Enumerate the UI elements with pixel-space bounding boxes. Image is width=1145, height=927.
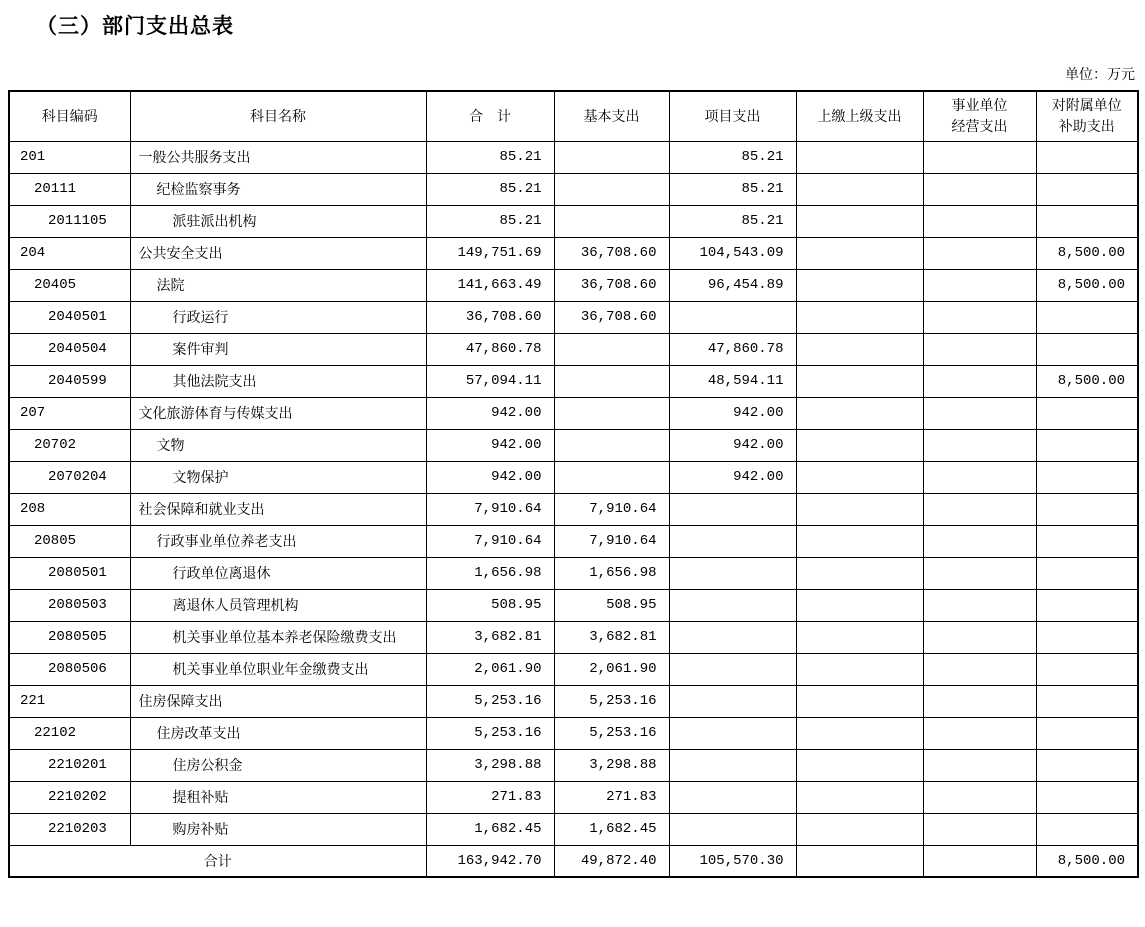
amount-cell-subsidy [1036,301,1138,333]
amount-cell-total: 942.00 [426,397,554,429]
amount-cell-upper [796,621,923,653]
amount-cell-project: 942.00 [669,397,796,429]
subject-code-cell: 20111 [9,173,130,205]
subject-name-cell: 住房公积金 [130,749,426,781]
amount-cell-total: 942.00 [426,461,554,493]
table-row: 2080506机关事业单位职业年金缴费支出2,061.902,061.90 [9,653,1138,685]
amount-cell-basic [554,173,669,205]
grand-total-cell-project: 105,570.30 [669,845,796,877]
amount-cell-total: 5,253.16 [426,717,554,749]
amount-cell-operating [923,621,1036,653]
table-row: 2080505机关事业单位基本养老保险缴费支出3,682.813,682.81 [9,621,1138,653]
column-header-subsidy: 对附属单位 补助支出 [1036,91,1138,141]
amount-cell-upper [796,397,923,429]
table-row: 2040501行政运行36,708.6036,708.60 [9,301,1138,333]
amount-cell-subsidy [1036,493,1138,525]
amount-cell-total: 36,708.60 [426,301,554,333]
amount-cell-upper [796,173,923,205]
amount-cell-operating [923,205,1036,237]
column-header-project: 项目支出 [669,91,796,141]
subject-name-cell: 购房补贴 [130,813,426,845]
amount-cell-operating [923,493,1036,525]
amount-cell-subsidy [1036,173,1138,205]
table-row: 2210201住房公积金3,298.883,298.88 [9,749,1138,781]
table-row: 20702文物942.00942.00 [9,429,1138,461]
amount-cell-total: 1,682.45 [426,813,554,845]
subject-name-cell: 社会保障和就业支出 [130,493,426,525]
subject-name-cell: 公共安全支出 [130,237,426,269]
amount-cell-project [669,653,796,685]
subject-name-cell: 派驻派出机构 [130,205,426,237]
amount-cell-project [669,525,796,557]
subject-code-cell: 204 [9,237,130,269]
amount-cell-project: 47,860.78 [669,333,796,365]
amount-cell-upper [796,205,923,237]
amount-cell-subsidy [1036,685,1138,717]
table-row: 221住房保障支出5,253.165,253.16 [9,685,1138,717]
column-header-subsidy-line2: 补助支出 [1037,116,1138,137]
subject-code-cell: 207 [9,397,130,429]
page-title: （三）部门支出总表 [36,10,234,40]
amount-cell-project: 942.00 [669,461,796,493]
amount-cell-subsidy [1036,333,1138,365]
subject-code-cell: 2040599 [9,365,130,397]
subject-name-cell: 行政单位离退休 [130,557,426,589]
amount-cell-operating [923,749,1036,781]
amount-cell-subsidy [1036,557,1138,589]
amount-cell-basic [554,141,669,173]
amount-cell-basic: 3,682.81 [554,621,669,653]
subject-code-cell: 2210203 [9,813,130,845]
amount-cell-project: 85.21 [669,141,796,173]
amount-cell-basic [554,429,669,461]
amount-cell-operating [923,333,1036,365]
amount-cell-subsidy [1036,781,1138,813]
subject-code-cell: 22102 [9,717,130,749]
amount-cell-upper [796,269,923,301]
amount-cell-upper [796,589,923,621]
amount-cell-subsidy [1036,397,1138,429]
amount-cell-upper [796,301,923,333]
amount-cell-basic: 7,910.64 [554,493,669,525]
amount-cell-subsidy [1036,717,1138,749]
grand-total-cell-subsidy: 8,500.00 [1036,845,1138,877]
grand-total-cell-total: 163,942.70 [426,845,554,877]
amount-cell-project: 942.00 [669,429,796,461]
amount-cell-upper [796,557,923,589]
amount-cell-operating [923,461,1036,493]
amount-cell-upper [796,365,923,397]
amount-cell-operating [923,525,1036,557]
amount-cell-operating [923,173,1036,205]
header-row: 科目编码 科目名称 合 计 基本支出 项目支出 上缴上级支出 事业单位 经营支出… [9,91,1138,141]
amount-cell-project [669,621,796,653]
amount-cell-total: 7,910.64 [426,493,554,525]
amount-cell-operating [923,237,1036,269]
amount-cell-subsidy [1036,653,1138,685]
grand-total-label: 合计 [9,845,426,877]
amount-cell-basic [554,365,669,397]
amount-cell-total: 2,061.90 [426,653,554,685]
subject-name-cell: 文化旅游体育与传媒支出 [130,397,426,429]
subject-name-cell: 行政事业单位养老支出 [130,525,426,557]
table-row: 2080503离退休人员管理机构508.95508.95 [9,589,1138,621]
subject-name-cell: 机关事业单位职业年金缴费支出 [130,653,426,685]
amount-cell-subsidy [1036,205,1138,237]
amount-cell-upper [796,333,923,365]
subject-code-cell: 2040501 [9,301,130,333]
amount-cell-upper [796,653,923,685]
subject-name-cell: 法院 [130,269,426,301]
amount-cell-upper [796,685,923,717]
amount-cell-basic: 508.95 [554,589,669,621]
subject-name-cell: 机关事业单位基本养老保险缴费支出 [130,621,426,653]
amount-cell-project [669,557,796,589]
subject-name-cell: 住房保障支出 [130,685,426,717]
subject-name-cell: 一般公共服务支出 [130,141,426,173]
subject-code-cell: 221 [9,685,130,717]
subject-name-cell: 行政运行 [130,301,426,333]
amount-cell-total: 508.95 [426,589,554,621]
unit-note: 单位：万元 [1065,64,1135,84]
amount-cell-upper [796,781,923,813]
column-header-upper-level: 上缴上级支出 [796,91,923,141]
amount-cell-total: 1,656.98 [426,557,554,589]
subject-code-cell: 208 [9,493,130,525]
subject-name-cell: 文物保护 [130,461,426,493]
amount-cell-basic: 1,656.98 [554,557,669,589]
amount-cell-total: 141,663.49 [426,269,554,301]
amount-cell-subsidy [1036,621,1138,653]
amount-cell-project: 104,543.09 [669,237,796,269]
amount-cell-project [669,813,796,845]
subject-code-cell: 201 [9,141,130,173]
amount-cell-basic: 5,253.16 [554,685,669,717]
amount-cell-upper [796,813,923,845]
subject-code-cell: 20805 [9,525,130,557]
subject-code-cell: 2210202 [9,781,130,813]
column-header-subject-code: 科目编码 [9,91,130,141]
amount-cell-subsidy [1036,429,1138,461]
table-row: 2210203购房补贴1,682.451,682.45 [9,813,1138,845]
amount-cell-total: 85.21 [426,141,554,173]
column-header-operating: 事业单位 经营支出 [923,91,1036,141]
amount-cell-total: 85.21 [426,205,554,237]
amount-cell-operating [923,365,1036,397]
amount-cell-operating [923,429,1036,461]
amount-cell-total: 47,860.78 [426,333,554,365]
amount-cell-operating [923,813,1036,845]
amount-cell-operating [923,141,1036,173]
amount-cell-total: 57,094.11 [426,365,554,397]
amount-cell-upper [796,717,923,749]
amount-cell-basic [554,461,669,493]
column-header-operating-line1: 事业单位 [924,95,1036,116]
amount-cell-basic: 1,682.45 [554,813,669,845]
amount-cell-total: 7,910.64 [426,525,554,557]
subject-code-cell: 2040504 [9,333,130,365]
amount-cell-basic: 7,910.64 [554,525,669,557]
amount-cell-upper [796,237,923,269]
amount-cell-project [669,781,796,813]
column-header-basic: 基本支出 [554,91,669,141]
amount-cell-upper [796,749,923,781]
amount-cell-upper [796,429,923,461]
amount-cell-project [669,749,796,781]
amount-cell-project [669,493,796,525]
amount-cell-total: 149,751.69 [426,237,554,269]
subject-code-cell: 2070204 [9,461,130,493]
grand-total-cell-upper [796,845,923,877]
amount-cell-subsidy [1036,589,1138,621]
table-row: 2070204文物保护942.00942.00 [9,461,1138,493]
amount-cell-project: 85.21 [669,205,796,237]
amount-cell-basic: 36,708.60 [554,301,669,333]
amount-cell-basic: 2,061.90 [554,653,669,685]
subject-name-cell: 其他法院支出 [130,365,426,397]
table-row: 20805行政事业单位养老支出7,910.647,910.64 [9,525,1138,557]
grand-total-cell-operating [923,845,1036,877]
amount-cell-basic: 36,708.60 [554,269,669,301]
amount-cell-basic: 3,298.88 [554,749,669,781]
subject-name-cell: 住房改革支出 [130,717,426,749]
amount-cell-basic: 271.83 [554,781,669,813]
amount-cell-project [669,589,796,621]
column-header-subsidy-line1: 对附属单位 [1037,95,1138,116]
amount-cell-operating [923,717,1036,749]
table-row: 201一般公共服务支出85.2185.21 [9,141,1138,173]
amount-cell-operating [923,269,1036,301]
amount-cell-subsidy: 8,500.00 [1036,365,1138,397]
subject-name-cell: 文物 [130,429,426,461]
amount-cell-operating [923,781,1036,813]
amount-cell-project: 96,454.89 [669,269,796,301]
table-row: 20111纪检监察事务85.2185.21 [9,173,1138,205]
subject-name-cell: 案件审判 [130,333,426,365]
amount-cell-upper [796,461,923,493]
table-row: 208社会保障和就业支出7,910.647,910.64 [9,493,1138,525]
column-header-operating-line2: 经营支出 [924,116,1036,137]
amount-cell-project: 48,594.11 [669,365,796,397]
amount-cell-subsidy: 8,500.00 [1036,269,1138,301]
amount-cell-basic [554,397,669,429]
amount-cell-total: 3,298.88 [426,749,554,781]
amount-cell-subsidy [1036,749,1138,781]
subject-code-cell: 2080503 [9,589,130,621]
table-row: 207文化旅游体育与传媒支出942.00942.00 [9,397,1138,429]
table-row: 2210202提租补贴271.83271.83 [9,781,1138,813]
subject-name-cell: 纪检监察事务 [130,173,426,205]
amount-cell-total: 5,253.16 [426,685,554,717]
amount-cell-operating [923,397,1036,429]
amount-cell-total: 271.83 [426,781,554,813]
grand-total-cell-basic: 49,872.40 [554,845,669,877]
amount-cell-subsidy [1036,525,1138,557]
subject-name-cell: 提租补贴 [130,781,426,813]
table-row: 2011105派驻派出机构85.2185.21 [9,205,1138,237]
amount-cell-subsidy: 8,500.00 [1036,237,1138,269]
subject-code-cell: 2011105 [9,205,130,237]
amount-cell-total: 85.21 [426,173,554,205]
subject-name-cell: 离退休人员管理机构 [130,589,426,621]
table-row: 204公共安全支出149,751.6936,708.60104,543.098,… [9,237,1138,269]
amount-cell-basic [554,205,669,237]
column-header-total: 合 计 [426,91,554,141]
column-header-subject-name: 科目名称 [130,91,426,141]
subject-code-cell: 2080506 [9,653,130,685]
grand-total-row: 合计163,942.7049,872.40105,570.308,500.00 [9,845,1138,877]
amount-cell-basic [554,333,669,365]
table-row: 2080501行政单位离退休1,656.981,656.98 [9,557,1138,589]
amount-cell-subsidy [1036,141,1138,173]
amount-cell-project [669,301,796,333]
amount-cell-total: 942.00 [426,429,554,461]
table-row: 2040599其他法院支出57,094.1148,594.118,500.00 [9,365,1138,397]
subject-code-cell: 2080501 [9,557,130,589]
amount-cell-subsidy [1036,813,1138,845]
table-row: 20405法院141,663.4936,708.6096,454.898,500… [9,269,1138,301]
expenditure-summary-table: 科目编码 科目名称 合 计 基本支出 项目支出 上缴上级支出 事业单位 经营支出… [8,90,1139,878]
subject-code-cell: 20405 [9,269,130,301]
subject-code-cell: 2080505 [9,621,130,653]
amount-cell-total: 3,682.81 [426,621,554,653]
amount-cell-operating [923,301,1036,333]
amount-cell-upper [796,525,923,557]
amount-cell-operating [923,589,1036,621]
table-row: 2040504案件审判47,860.7847,860.78 [9,333,1138,365]
amount-cell-upper [796,141,923,173]
amount-cell-operating [923,557,1036,589]
amount-cell-project [669,685,796,717]
amount-cell-operating [923,653,1036,685]
amount-cell-upper [796,493,923,525]
amount-cell-operating [923,685,1036,717]
subject-code-cell: 20702 [9,429,130,461]
amount-cell-basic: 36,708.60 [554,237,669,269]
amount-cell-basic: 5,253.16 [554,717,669,749]
amount-cell-project: 85.21 [669,173,796,205]
amount-cell-subsidy [1036,461,1138,493]
table-row: 22102住房改革支出5,253.165,253.16 [9,717,1138,749]
amount-cell-project [669,717,796,749]
subject-code-cell: 2210201 [9,749,130,781]
